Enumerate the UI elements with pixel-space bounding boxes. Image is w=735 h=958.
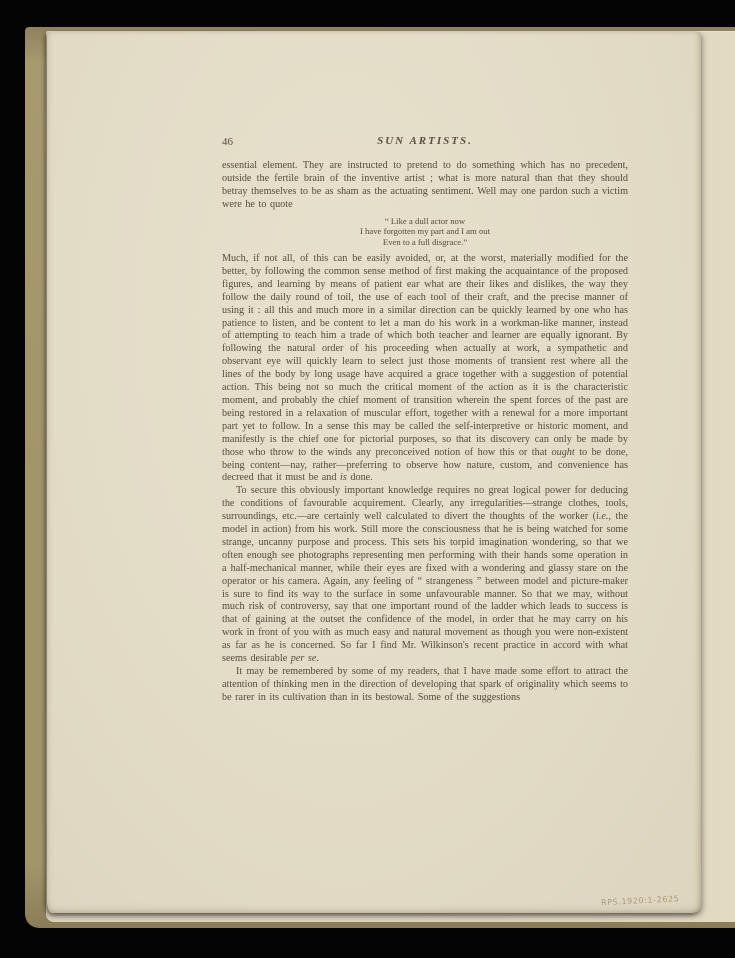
page-content: 46 SUN ARTISTS. essential element. They … [222, 135, 628, 705]
page-header: 46 SUN ARTISTS. [222, 135, 628, 149]
running-title: SUN ARTISTS. [222, 135, 628, 147]
photo-background: 46 SUN ARTISTS. essential element. They … [0, 0, 735, 958]
book-page: 46 SUN ARTISTS. essential element. They … [47, 32, 701, 913]
text-block: essential element. They are instructed t… [222, 160, 628, 705]
paragraph: essential element. They are instructed t… [222, 160, 628, 212]
verse-line: “ Like a dull actor now [222, 216, 628, 227]
paragraph: To secure this obviously important knowl… [222, 485, 628, 666]
verse-quote: “ Like a dull actor nowI have forgotten … [222, 216, 628, 248]
verse-line: I have forgotten my part and I am out [222, 226, 628, 237]
paragraph: Much, if not all, of this can be easily … [222, 253, 628, 485]
verse-line: Even to a full disgrace.” [222, 237, 628, 248]
paragraph: It may be remembered by some of my reade… [222, 666, 628, 705]
page-number: 46 [222, 136, 233, 148]
